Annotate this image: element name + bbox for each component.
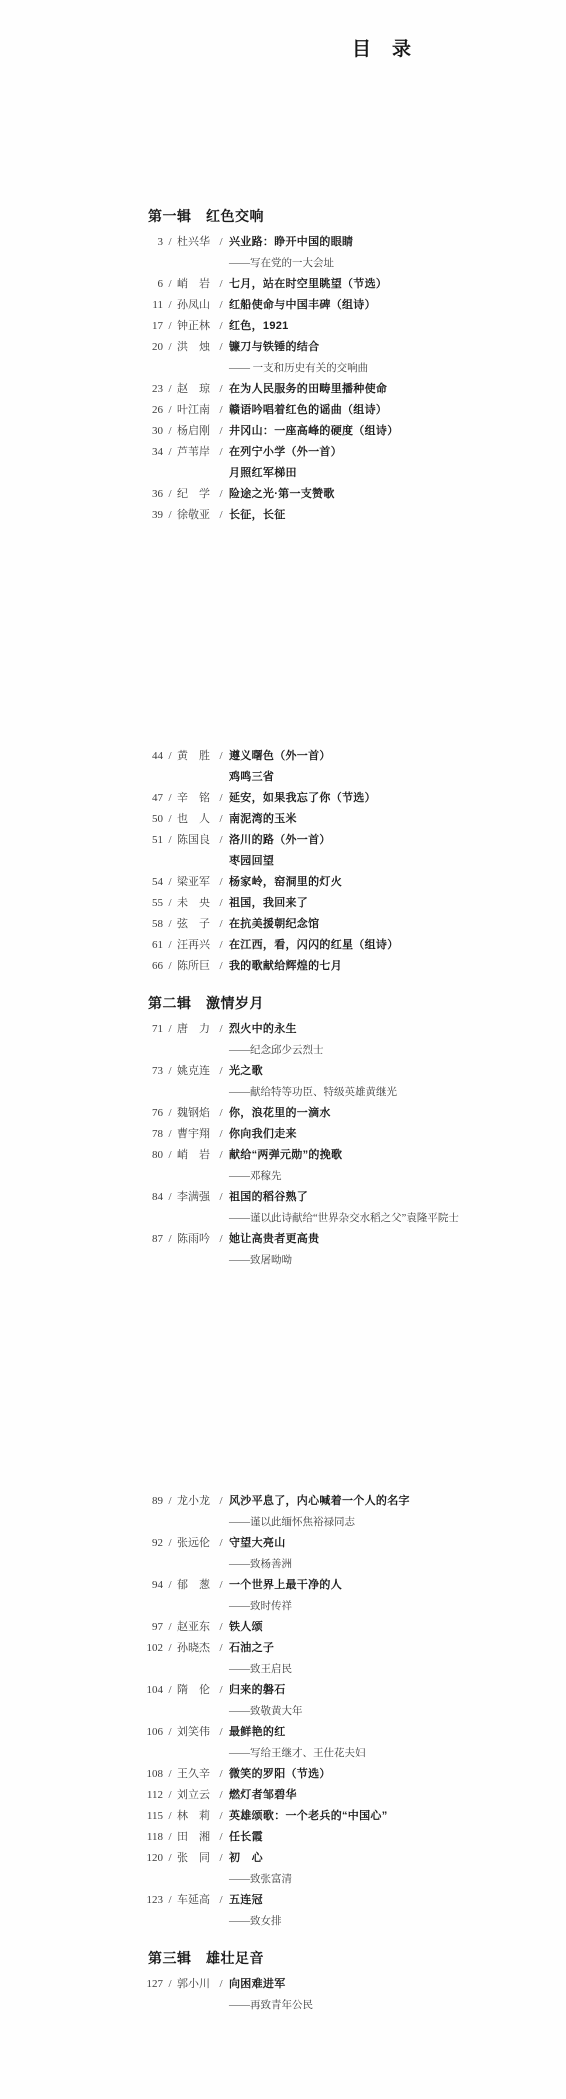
toc-entry: 6/峭 岩/七月，站在时空里眺望（节选）: [0, 274, 566, 295]
section-heading: 第三辑 雄壮足音: [148, 1947, 566, 1969]
entry-author: 龙小龙: [177, 1491, 213, 1512]
separator-slash: /: [163, 1575, 177, 1596]
entry-page-number: 51: [123, 830, 163, 851]
entry-title: 赣语吟唱着红色的谣曲（组诗）: [229, 400, 387, 421]
separator-slash: /: [213, 1187, 229, 1208]
entry-title: 你向我们走来: [229, 1124, 297, 1145]
separator-slash: /: [213, 956, 229, 977]
separator-slash: /: [213, 421, 229, 442]
toc-entry: 34/芦苇岸/在列宁小学（外一首）: [0, 442, 566, 463]
separator-slash: /: [213, 1103, 229, 1124]
entry-page-number: 44: [123, 746, 163, 767]
toc-entry: 71/唐 力/烈火中的永生: [0, 1019, 566, 1040]
entry-page-number: 3: [123, 232, 163, 253]
toc-entry: 30/杨启刚/井冈山：一座高峰的硬度（组诗）: [0, 421, 566, 442]
entry-page-number: 30: [123, 421, 163, 442]
toc-entry: 123/车延高/五连冠: [0, 1890, 566, 1911]
entry-page-number: 36: [123, 484, 163, 505]
entry-author: 王久辛: [177, 1764, 213, 1785]
separator-slash: /: [163, 400, 177, 421]
entry-title: 在抗美援朝纪念馆: [229, 914, 319, 935]
separator-slash: /: [213, 1764, 229, 1785]
entry-title: 归来的磐石: [229, 1680, 286, 1701]
entry-subline: 枣园回望: [229, 851, 566, 872]
separator-slash: /: [213, 809, 229, 830]
entry-page-number: 61: [123, 935, 163, 956]
separator-slash: /: [163, 935, 177, 956]
toc-section: 第三辑 雄壮足音127/郭小川/向困难进军——再致青年公民: [0, 1947, 566, 2016]
toc-entry: 106/刘笑伟/最鲜艳的红: [0, 1722, 566, 1743]
separator-slash: /: [163, 337, 177, 358]
entry-page-number: 120: [123, 1848, 163, 1869]
toc-entry: 61/汪再兴/在江西，看，闪闪的红星（组诗）: [0, 935, 566, 956]
entry-subline: ——纪念邱少云烈士: [229, 1040, 566, 1061]
separator-slash: /: [163, 956, 177, 977]
entry-author: 叶江南: [177, 400, 213, 421]
entry-author: 孙凤山: [177, 295, 213, 316]
separator-slash: /: [213, 1827, 229, 1848]
entry-subline: ——致女排: [229, 1911, 566, 1932]
entry-page-number: 6: [123, 274, 163, 295]
section-entries: 3/杜兴华/兴业路：睁开中国的眼睛——写在党的一大会址6/峭 岩/七月，站在时空…: [0, 232, 566, 977]
toc-entry: 11/孙凤山/红船使命与中国丰碑（组诗）: [0, 295, 566, 316]
entry-author: 车延高: [177, 1890, 213, 1911]
entry-author: 钟正林: [177, 316, 213, 337]
entry-page-number: 112: [123, 1785, 163, 1806]
entry-page-number: 118: [123, 1827, 163, 1848]
separator-slash: /: [163, 788, 177, 809]
toc-entry: 76/魏钢焰/你，浪花里的一滴水: [0, 1103, 566, 1124]
separator-slash: /: [163, 914, 177, 935]
entry-page-number: 78: [123, 1124, 163, 1145]
entry-page-number: 50: [123, 809, 163, 830]
toc-entry: 39/徐敬亚/长征，长征: [0, 505, 566, 526]
separator-slash: /: [213, 914, 229, 935]
separator-slash: /: [213, 1806, 229, 1827]
separator-slash: /: [213, 505, 229, 526]
separator-slash: /: [213, 295, 229, 316]
toc-entry: 55/未 央/祖国，我回来了: [0, 893, 566, 914]
entry-page-number: 89: [123, 1491, 163, 1512]
entry-title: 红色，1921: [229, 316, 289, 337]
separator-slash: /: [213, 893, 229, 914]
separator-slash: /: [163, 1785, 177, 1806]
entry-author: 刘笑伟: [177, 1722, 213, 1743]
entry-subline: ——邓稼先: [229, 1166, 566, 1187]
separator-slash: /: [163, 1680, 177, 1701]
entry-page-number: 66: [123, 956, 163, 977]
toc-entry: 127/郭小川/向困难进军: [0, 1974, 566, 1995]
entry-author: 林 莉: [177, 1806, 213, 1827]
entry-author: 张 同: [177, 1848, 213, 1869]
entry-subline: 月照红军梯田: [229, 463, 566, 484]
separator-slash: /: [213, 1785, 229, 1806]
entry-author: 李满强: [177, 1187, 213, 1208]
separator-slash: /: [213, 484, 229, 505]
separator-slash: /: [163, 1061, 177, 1082]
separator-slash: /: [163, 893, 177, 914]
separator-slash: /: [163, 1124, 177, 1145]
separator-slash: /: [213, 872, 229, 893]
entry-page-number: 23: [123, 379, 163, 400]
entry-page-number: 55: [123, 893, 163, 914]
entry-author: 洪 烛: [177, 337, 213, 358]
entry-author: 汪再兴: [177, 935, 213, 956]
separator-slash: /: [163, 1617, 177, 1638]
toc-entry: 118/田 湘/任长霞: [0, 1827, 566, 1848]
entry-title: 延安，如果我忘了你（节选）: [229, 788, 376, 809]
separator-slash: /: [163, 1187, 177, 1208]
separator-slash: /: [163, 809, 177, 830]
entry-title: 献给“两弹元勋”的挽歌: [229, 1145, 342, 1166]
entry-page-number: 20: [123, 337, 163, 358]
toc-entry: 92/张远伦/守望大亮山: [0, 1533, 566, 1554]
entry-subline: ——写给王继才、王仕花夫妇: [229, 1743, 566, 1764]
section-entries: 127/郭小川/向困难进军——再致青年公民: [0, 1974, 566, 2016]
entry-title: 兴业路：睁开中国的眼睛: [229, 232, 353, 253]
entry-author: 陈所巨: [177, 956, 213, 977]
toc-entry: 23/赵 琼/在为人民服务的田畴里播种使命: [0, 379, 566, 400]
entry-title: 在为人民服务的田畴里播种使命: [229, 379, 387, 400]
entry-author: 刘立云: [177, 1785, 213, 1806]
separator-slash: /: [163, 830, 177, 851]
toc-entry: 84/李满强/祖国的稻谷熟了: [0, 1187, 566, 1208]
entry-subline: ——致时传祥: [229, 1596, 566, 1617]
entry-subline: ——致杨善洲: [229, 1554, 566, 1575]
entry-subline: 鸡鸣三省: [229, 767, 566, 788]
entry-author: 姚克连: [177, 1061, 213, 1082]
entry-title: 英雄颂歌：一个老兵的“中国心”: [229, 1806, 388, 1827]
toc-entry: 17/钟正林/红色，1921: [0, 316, 566, 337]
entry-page-number: 76: [123, 1103, 163, 1124]
toc-section: 第二辑 激情岁月71/唐 力/烈火中的永生——纪念邱少云烈士73/姚克连/光之歌…: [0, 992, 566, 1932]
entry-page-number: 102: [123, 1638, 163, 1659]
entry-title: 最鲜艳的红: [229, 1722, 286, 1743]
toc-entry: 115/林 莉/英雄颂歌：一个老兵的“中国心”: [0, 1806, 566, 1827]
entry-title: 红船使命与中国丰碑（组诗）: [229, 295, 376, 316]
entry-title: 祖国的稻谷熟了: [229, 1187, 308, 1208]
entry-subline: ——写在党的一大会址: [229, 253, 566, 274]
page-title: 目 录: [0, 0, 566, 63]
separator-slash: /: [163, 1229, 177, 1250]
entry-subline: ——谨以此诗献给“世界杂交水稻之父”袁隆平院士: [229, 1208, 566, 1229]
entry-author: 也 人: [177, 809, 213, 830]
separator-slash: /: [213, 1229, 229, 1250]
entry-title: 在江西，看，闪闪的红星（组诗）: [229, 935, 399, 956]
toc-entry: 120/张 同/初 心: [0, 1848, 566, 1869]
separator-slash: /: [213, 316, 229, 337]
entry-author: 曹宇翔: [177, 1124, 213, 1145]
entry-page-number: 87: [123, 1229, 163, 1250]
entry-page-number: 106: [123, 1722, 163, 1743]
toc-entry: 3/杜兴华/兴业路：睁开中国的眼睛: [0, 232, 566, 253]
separator-slash: /: [163, 872, 177, 893]
toc-page: 目 录 第一辑 红色交响3/杜兴华/兴业路：睁开中国的眼睛——写在党的一大会址6…: [0, 0, 566, 2099]
entry-title: 石油之子: [229, 1638, 274, 1659]
entry-page-number: 104: [123, 1680, 163, 1701]
separator-slash: /: [163, 1103, 177, 1124]
entry-title: 微笑的罗阳（节选）: [229, 1764, 331, 1785]
entry-page-number: 11: [123, 295, 163, 316]
separator-slash: /: [163, 1764, 177, 1785]
section-heading: 第一辑 红色交响: [148, 205, 566, 227]
entry-page-number: 80: [123, 1145, 163, 1166]
entry-author: 郭小川: [177, 1974, 213, 1995]
separator-slash: /: [213, 1575, 229, 1596]
entry-author: 陈雨吟: [177, 1229, 213, 1250]
entry-title: 初 心: [229, 1848, 263, 1869]
entry-subline: ——再致青年公民: [229, 1995, 566, 2016]
entry-title: 五连冠: [229, 1890, 263, 1911]
entry-author: 芦苇岸: [177, 442, 213, 463]
entry-title: 燃灯者邹碧华: [229, 1785, 297, 1806]
entry-page-number: 108: [123, 1764, 163, 1785]
separator-slash: /: [213, 1974, 229, 1995]
entry-page-number: 54: [123, 872, 163, 893]
toc-sections: 第一辑 红色交响3/杜兴华/兴业路：睁开中国的眼睛——写在党的一大会址6/峭 岩…: [0, 205, 566, 2016]
entry-page-number: 92: [123, 1533, 163, 1554]
toc-entry: 97/赵亚东/铁人颂: [0, 1617, 566, 1638]
entry-title: 向困难进军: [229, 1974, 286, 1995]
entry-page-number: 115: [123, 1806, 163, 1827]
entry-title: 镰刀与铁锤的结合: [229, 337, 319, 358]
section-entries: 71/唐 力/烈火中的永生——纪念邱少云烈士73/姚克连/光之歌——献给特等功臣…: [0, 1019, 566, 1932]
entry-author: 杜兴华: [177, 232, 213, 253]
entry-page-number: 26: [123, 400, 163, 421]
separator-slash: /: [163, 379, 177, 400]
entry-author: 田 湘: [177, 1827, 213, 1848]
entry-author: 郁 葱: [177, 1575, 213, 1596]
separator-slash: /: [213, 337, 229, 358]
entry-author: 杨启刚: [177, 421, 213, 442]
entry-author: 张远伦: [177, 1533, 213, 1554]
separator-slash: /: [213, 232, 229, 253]
entry-subline: ——谨以此缅怀焦裕禄同志: [229, 1512, 566, 1533]
separator-slash: /: [213, 400, 229, 421]
entry-author: 峭 岩: [177, 274, 213, 295]
entry-author: 赵亚东: [177, 1617, 213, 1638]
entry-title: 洛川的路（外一首）: [229, 830, 331, 851]
entry-title: 任长霞: [229, 1827, 263, 1848]
entry-title: 她让高贵者更高贵: [229, 1229, 319, 1250]
separator-slash: /: [213, 830, 229, 851]
entry-subline: ——致张富清: [229, 1869, 566, 1890]
entry-page-number: 94: [123, 1575, 163, 1596]
separator-slash: /: [213, 1491, 229, 1512]
entry-author: 隋 伦: [177, 1680, 213, 1701]
section-heading: 第二辑 激情岁月: [148, 992, 566, 1014]
entry-title: 祖国，我回来了: [229, 893, 308, 914]
toc-entry: 50/也 人/南泥湾的玉米: [0, 809, 566, 830]
toc-entry: 54/梁亚军/杨家岭，窑洞里的灯火: [0, 872, 566, 893]
entry-subline: ——致敬黄大年: [229, 1701, 566, 1722]
toc-section: 第一辑 红色交响3/杜兴华/兴业路：睁开中国的眼睛——写在党的一大会址6/峭 岩…: [0, 205, 566, 977]
separator-slash: /: [163, 1019, 177, 1040]
separator-slash: /: [213, 1533, 229, 1554]
entry-author: 峭 岩: [177, 1145, 213, 1166]
entry-title: 一个世界上最干净的人: [229, 1575, 342, 1596]
separator-slash: /: [163, 295, 177, 316]
separator-slash: /: [213, 746, 229, 767]
entry-author: 纪 学: [177, 484, 213, 505]
entry-author: 赵 琼: [177, 379, 213, 400]
entry-title: 我的歌献给辉煌的七月: [229, 956, 342, 977]
entry-page-number: 39: [123, 505, 163, 526]
toc-entry: 87/陈雨吟/她让高贵者更高贵: [0, 1229, 566, 1250]
entry-author: 孙晓杰: [177, 1638, 213, 1659]
separator-slash: /: [163, 1974, 177, 1995]
entry-page-number: 73: [123, 1061, 163, 1082]
separator-slash: /: [213, 1890, 229, 1911]
entry-author: 陈国良: [177, 830, 213, 851]
entry-page-number: 47: [123, 788, 163, 809]
separator-slash: /: [163, 1533, 177, 1554]
entry-title: 险途之光·第一支赞歌: [229, 484, 335, 505]
separator-slash: /: [163, 1491, 177, 1512]
separator-slash: /: [163, 746, 177, 767]
separator-slash: /: [163, 484, 177, 505]
separator-slash: /: [163, 1638, 177, 1659]
entry-author: 徐敬亚: [177, 505, 213, 526]
separator-slash: /: [163, 1145, 177, 1166]
entry-subline: ——致王启民: [229, 1659, 566, 1680]
entry-author: 辛 铭: [177, 788, 213, 809]
toc-entry: 26/叶江南/赣语吟唱着红色的谣曲（组诗）: [0, 400, 566, 421]
entry-title: 守望大亮山: [229, 1533, 286, 1554]
entry-author: 未 央: [177, 893, 213, 914]
toc-entry: 108/王久辛/微笑的罗阳（节选）: [0, 1764, 566, 1785]
toc-entry: 36/纪 学/险途之光·第一支赞歌: [0, 484, 566, 505]
separator-slash: /: [213, 1145, 229, 1166]
entry-title: 南泥湾的玉米: [229, 809, 297, 830]
entry-page-number: 58: [123, 914, 163, 935]
separator-slash: /: [213, 1061, 229, 1082]
toc-entry: 20/洪 烛/镰刀与铁锤的结合: [0, 337, 566, 358]
toc-entry: 66/陈所巨/我的歌献给辉煌的七月: [0, 956, 566, 977]
separator-slash: /: [163, 316, 177, 337]
separator-slash: /: [163, 232, 177, 253]
toc-entry: 94/郁 葱/一个世界上最干净的人: [0, 1575, 566, 1596]
separator-slash: /: [163, 1848, 177, 1869]
entry-title: 铁人颂: [229, 1617, 263, 1638]
toc-entry: 73/姚克连/光之歌: [0, 1061, 566, 1082]
entry-page-number: 123: [123, 1890, 163, 1911]
toc-entry: 78/曹宇翔/你向我们走来: [0, 1124, 566, 1145]
toc-entry: 51/陈国良/洛川的路（外一首）: [0, 830, 566, 851]
entry-page-number: 71: [123, 1019, 163, 1040]
separator-slash: /: [213, 1617, 229, 1638]
entry-page-number: 84: [123, 1187, 163, 1208]
separator-slash: /: [163, 505, 177, 526]
entry-title: 长征，长征: [229, 505, 286, 526]
entry-author: 梁亚军: [177, 872, 213, 893]
entry-title: 在列宁小学（外一首）: [229, 442, 342, 463]
toc-entry: 44/黄 胜/遵义曙色（外一首）: [0, 746, 566, 767]
separator-slash: /: [213, 1722, 229, 1743]
entry-title: 井冈山：一座高峰的硬度（组诗）: [229, 421, 399, 442]
toc-entry: 104/隋 伦/归来的磐石: [0, 1680, 566, 1701]
separator-slash: /: [163, 442, 177, 463]
separator-slash: /: [213, 274, 229, 295]
entry-author: 魏钢焰: [177, 1103, 213, 1124]
entry-title: 七月，站在时空里眺望（节选）: [229, 274, 387, 295]
separator-slash: /: [163, 1806, 177, 1827]
separator-slash: /: [213, 1019, 229, 1040]
separator-slash: /: [163, 421, 177, 442]
toc-entry: 112/刘立云/燃灯者邹碧华: [0, 1785, 566, 1806]
separator-slash: /: [163, 1722, 177, 1743]
entry-title: 光之歌: [229, 1061, 263, 1082]
entry-page-number: 17: [123, 316, 163, 337]
entry-title: 风沙平息了，内心喊着一个人的名字: [229, 1491, 410, 1512]
entry-title: 烈火中的永生: [229, 1019, 297, 1040]
entry-title: 杨家岭，窑洞里的灯火: [229, 872, 342, 893]
entry-subline: ——致屠呦呦: [229, 1250, 566, 1271]
separator-slash: /: [163, 274, 177, 295]
separator-slash: /: [213, 442, 229, 463]
separator-slash: /: [213, 1680, 229, 1701]
entry-subline: ——献给特等功臣、特级英雄黄继光: [229, 1082, 566, 1103]
separator-slash: /: [213, 1848, 229, 1869]
separator-slash: /: [163, 1827, 177, 1848]
entry-page-number: 127: [123, 1974, 163, 1995]
entry-author: 弦 子: [177, 914, 213, 935]
separator-slash: /: [213, 1124, 229, 1145]
entry-page-number: 97: [123, 1617, 163, 1638]
entry-title: 你，浪花里的一滴水: [229, 1103, 331, 1124]
entry-author: 黄 胜: [177, 746, 213, 767]
separator-slash: /: [213, 788, 229, 809]
toc-entry: 80/峭 岩/献给“两弹元勋”的挽歌: [0, 1145, 566, 1166]
entry-subline: —— 一支和历史有关的交响曲: [229, 358, 566, 379]
entry-author: 唐 力: [177, 1019, 213, 1040]
entry-title: 遵义曙色（外一首）: [229, 746, 331, 767]
separator-slash: /: [213, 935, 229, 956]
separator-slash: /: [163, 1890, 177, 1911]
toc-entry: 47/辛 铭/延安，如果我忘了你（节选）: [0, 788, 566, 809]
separator-slash: /: [213, 379, 229, 400]
separator-slash: /: [213, 1638, 229, 1659]
toc-entry: 89/龙小龙/风沙平息了，内心喊着一个人的名字: [0, 1491, 566, 1512]
toc-entry: 102/孙晓杰/石油之子: [0, 1638, 566, 1659]
toc-entry: 58/弦 子/在抗美援朝纪念馆: [0, 914, 566, 935]
entry-page-number: 34: [123, 442, 163, 463]
